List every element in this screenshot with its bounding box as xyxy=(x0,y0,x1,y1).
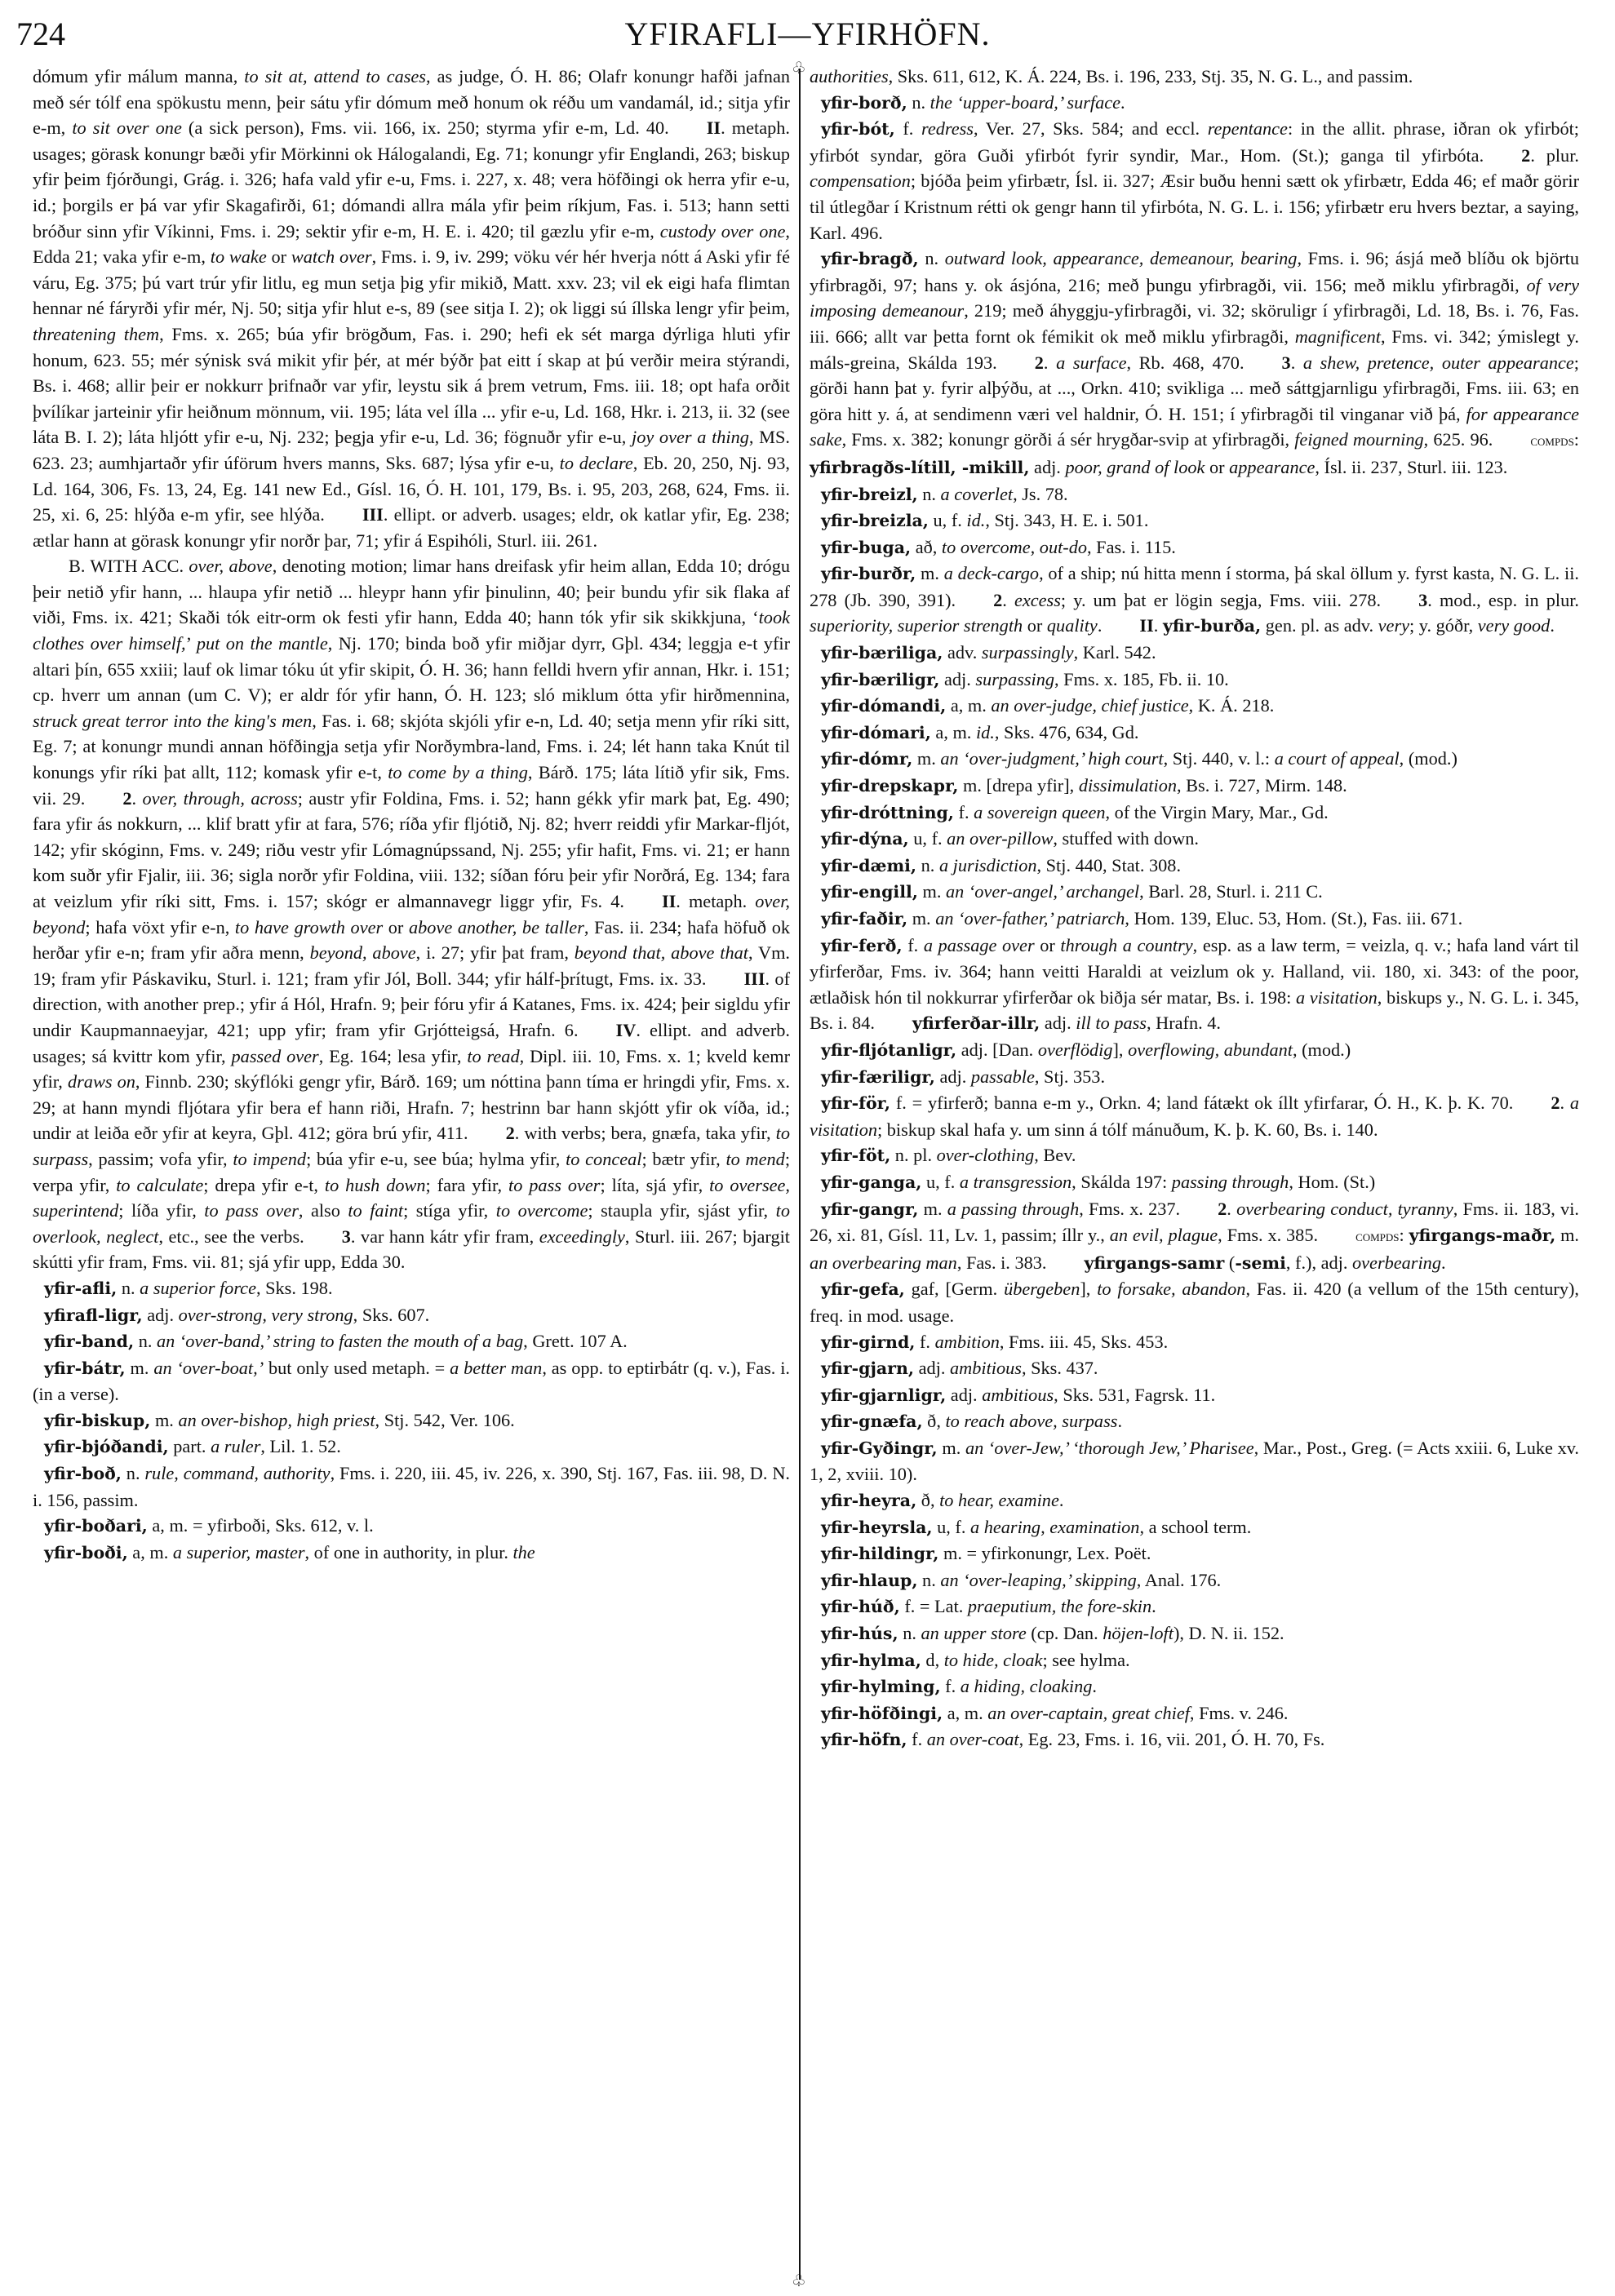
entry-definition: m. [drepa yfir], dissimulation, Bs. i. 7… xyxy=(958,775,1347,796)
entry-headword: yfir-heyra, xyxy=(821,1491,916,1510)
entry-headword: yfir-ganga, xyxy=(821,1172,921,1192)
entry-headword: yfir-bæriligr, xyxy=(821,670,939,689)
dictionary-entry: yfir-gjarnligr, adj. ambitious, Sks. 531… xyxy=(810,1382,1579,1409)
entry-definition: u, f. a hearing, examination, a school t… xyxy=(933,1517,1252,1537)
entry-headword: yfir-dróttning, xyxy=(821,803,954,822)
entry-definition: n. pl. over-clothing, Bev. xyxy=(890,1145,1076,1165)
dictionary-entry: yfir-dróttning, f. a sovereign queen, of… xyxy=(810,800,1579,827)
dictionary-entry: yfir-ferð, f. a passage over or through … xyxy=(810,933,1579,1037)
dictionary-entry: yfir-dómari, a, m. id., Sks. 476, 634, G… xyxy=(810,720,1579,747)
dictionary-entry: yfir-bjóðandi, part. a ruler, Lil. 1. 52… xyxy=(33,1434,790,1460)
entry-definition: f. a sovereign queen, of the Virgin Mary… xyxy=(954,802,1329,822)
dictionary-entry: yfir-burðr, m. a deck-cargo, of a ship; … xyxy=(810,561,1579,640)
entry-headword: yfir-gefa, xyxy=(821,1279,905,1299)
dictionary-entry: yfir-föt, n. pl. over-clothing, Bev. xyxy=(810,1142,1579,1169)
entry-definition: n. outward look, appearance, demeanour, … xyxy=(810,248,1579,477)
left-column: dómum yfir málum manna, to sit at, atten… xyxy=(33,64,790,1566)
entry-headword: yfir-heyrsla, xyxy=(821,1518,933,1537)
entry-headword: yfir-bátr, xyxy=(44,1359,126,1378)
dictionary-entry: yfir-borð, n. the ‘upper-board,’ surface… xyxy=(810,90,1579,117)
entry-definition: f. ambition, Fms. iii. 45, Sks. 453. xyxy=(915,1332,1168,1352)
entry-definition: ð, to reach above, surpass. xyxy=(923,1411,1122,1431)
entry-definition: adj. ambitious, Sks. 437. xyxy=(914,1358,1098,1378)
entry-definition: n. the ‘upper-board,’ surface. xyxy=(907,92,1125,113)
entry-headword: yfir-engill, xyxy=(821,882,918,902)
dictionary-entry: yfir-bót, f. redress, Ver. 27, Sks. 584;… xyxy=(810,116,1579,246)
dictionary-entry: yfir-hylma, d, to hide, cloak; see hylma… xyxy=(810,1647,1579,1674)
entry-headword: yfir-dómandi, xyxy=(821,696,946,716)
entry-definition: m. an ‘over-boat,’ but only used metaph.… xyxy=(33,1358,790,1405)
entry-headword: yfir-hús, xyxy=(821,1624,898,1643)
entry-definition: adj. surpassing, Fms. x. 185, Fb. ii. 10… xyxy=(939,669,1228,689)
entry-definition: m. an ‘over-judgment,’ high court, Stj. … xyxy=(912,748,1457,769)
dictionary-entry: yfir-færiligr, adj. passable, Stj. 353. xyxy=(810,1064,1579,1091)
dictionary-entry: yfir-Gyðingr, m. an ‘over-Jew,’ ‘thoroug… xyxy=(810,1435,1579,1487)
dictionary-entry: yfir-för, f. = yfirferð; banna e-m y., O… xyxy=(810,1090,1579,1142)
entry-headword: yfir-gnæfa, xyxy=(821,1412,923,1431)
entry-headword: yfir-för, xyxy=(821,1093,890,1113)
entry-headword: yfir-húð, xyxy=(821,1597,900,1616)
entry-definition: adj. [Dan. overflödig], overflowing, abu… xyxy=(956,1039,1351,1060)
entry-definition: n. an ‘over-band,’ string to fasten the … xyxy=(134,1331,628,1351)
dictionary-entry: yfir-ganga, u, f. a transgression, Skáld… xyxy=(810,1169,1579,1196)
entry-headword: yfir-gangr, xyxy=(821,1199,918,1219)
entry-definition: m. an over-bishop, high priest, Stj. 542… xyxy=(150,1410,514,1430)
entry-headword: yfir-Gyðingr, xyxy=(821,1438,938,1458)
entry-definition: a, m. an over-judge, chief justice, K. Á… xyxy=(946,695,1274,716)
dictionary-entry: yfir-biskup, m. an over-bishop, high pri… xyxy=(33,1407,790,1434)
entry-definition: m. an ‘over-angel,’ archangel, Barl. 28,… xyxy=(918,881,1323,902)
entry-definition: a, m. an over-captain, great chief, Fms.… xyxy=(943,1703,1288,1723)
entry-definition: adv. surpassingly, Karl. 542. xyxy=(943,642,1156,663)
entry-headword: yfir-breizla, xyxy=(821,511,929,530)
entry-headword: yfir-dýna, xyxy=(821,829,909,849)
entry-definition: u, f. a transgression, Skálda 197: passi… xyxy=(921,1172,1375,1192)
dictionary-entry: yfir-hlaup, n. an ‘over-leaping,’ skippi… xyxy=(810,1567,1579,1594)
entry-headword: yfir-höfðingi, xyxy=(821,1704,943,1723)
entry-headword: yfir-gjarn, xyxy=(821,1359,914,1378)
dictionary-entry: yfir-breizla, u, f. id., Stj. 343, H. E.… xyxy=(810,508,1579,534)
right-column: authorities, Sks. 611, 612, K. Á. 224, B… xyxy=(810,64,1579,1753)
dictionary-entry: yfir-boðari, a, m. = yfirboði, Sks. 612,… xyxy=(33,1513,790,1540)
ornament-bottom-icon: ♧ xyxy=(792,2273,806,2289)
dictionary-entry: yfir-dómandi, a, m. an over-judge, chief… xyxy=(810,693,1579,720)
entry-definition: m. an ‘over-father,’ patriarch, Hom. 139… xyxy=(907,908,1462,929)
entry-headword: yfir-ferð, xyxy=(821,936,903,955)
dictionary-entry: yfir-gnæfa, ð, to reach above, surpass. xyxy=(810,1408,1579,1435)
dictionary-entry: yfir-girnd, f. ambition, Fms. iii. 45, S… xyxy=(810,1329,1579,1356)
entry-definition: f. an over-coat, Eg. 23, Fms. i. 16, vii… xyxy=(907,1729,1325,1749)
ornament-top-icon: ♧ xyxy=(792,60,806,77)
entry-headword: yfir-bót, xyxy=(821,119,895,139)
entry-headword: yfir-burðr, xyxy=(821,564,916,583)
entry-headword: yfir-afli, xyxy=(44,1279,117,1298)
entry-headword: yfirafl-ligr, xyxy=(44,1305,143,1325)
entry-definition: m. = yfirkonungr, Lex. Poët. xyxy=(938,1543,1151,1563)
entry-definition: f. redress, Ver. 27, Sks. 584; and eccl.… xyxy=(810,118,1579,242)
dictionary-entry: yfir-band, n. an ‘over-band,’ string to … xyxy=(33,1328,790,1355)
continued-text: authorities, Sks. 611, 612, K. Á. 224, B… xyxy=(810,64,1579,90)
dictionary-entry: yfir-heyrsla, u, f. a hearing, examinati… xyxy=(810,1514,1579,1541)
entry-headword: yfir-boði, xyxy=(44,1543,128,1562)
dictionary-entry: yfir-bæriliga, adv. surpassingly, Karl. … xyxy=(810,640,1579,667)
dictionary-entry: yfir-höfðingi, a, m. an over-captain, gr… xyxy=(810,1700,1579,1727)
dictionary-entry: yfir-drepskapr, m. [drepa yfir], dissimu… xyxy=(810,773,1579,800)
entry-definition: m. a passing through, Fms. x. 237.2. ove… xyxy=(810,1199,1579,1273)
entry-definition: n. a superior force, Sks. 198. xyxy=(117,1278,332,1298)
entry-definition: gaf, [Germ. übergeben], to forsake, aban… xyxy=(810,1279,1579,1326)
dictionary-entry: yfir-gangr, m. a passing through, Fms. x… xyxy=(810,1196,1579,1277)
dictionary-entry: yfir-heyra, ð, to hear, examine. xyxy=(810,1487,1579,1514)
entry-definition: adj. ambitious, Sks. 531, Fagrsk. 11. xyxy=(946,1385,1215,1405)
dictionary-entry: yfir-hildingr, m. = yfirkonungr, Lex. Po… xyxy=(810,1540,1579,1567)
entry-headword: yfir-boð, xyxy=(44,1464,122,1483)
entry-definition: u, f. an over-pillow, stuffed with down. xyxy=(909,828,1199,849)
entry-definition: n. an upper store (cp. Dan. höjen-loft),… xyxy=(898,1623,1284,1643)
entry-definition: a, m. = yfirboði, Sks. 612, v. l. xyxy=(148,1515,374,1536)
column-rule xyxy=(799,69,801,2280)
entry-headword: yfir-bragð, xyxy=(821,249,919,268)
entry-headword: yfir-boðari, xyxy=(44,1516,148,1536)
entry-definition: a, m. a superior, master, of one in auth… xyxy=(128,1542,535,1562)
entry-definition: n. a coverlet, Js. 78. xyxy=(918,484,1068,504)
entry-headword: yfir-gjarnligr, xyxy=(821,1385,946,1405)
section-paragraph: B. WITH ACC. over, above, denoting motio… xyxy=(33,553,790,1275)
dictionary-entry: yfir-fljótanligr, adj. [Dan. overflödig]… xyxy=(810,1037,1579,1064)
dictionary-entry: yfir-dómr, m. an ‘over-judgment,’ high c… xyxy=(810,746,1579,773)
dictionary-entry: yfir-dæmi, n. a jurisdiction, Stj. 440, … xyxy=(810,853,1579,880)
entry-headword: yfir-biskup, xyxy=(44,1411,150,1430)
entry-definition: part. a ruler, Lil. 1. 52. xyxy=(169,1436,341,1456)
dictionary-entry: yfir-dýna, u, f. an over-pillow, stuffed… xyxy=(810,826,1579,853)
entry-headword: yfir-buga, xyxy=(821,538,911,557)
dictionary-entry: yfir-engill, m. an ‘over-angel,’ archang… xyxy=(810,879,1579,906)
entry-headword: yfir-girnd, xyxy=(821,1332,915,1352)
entry-definition: a, m. id., Sks. 476, 634, Gd. xyxy=(931,722,1139,742)
dictionary-entry: yfir-afli, n. a superior force, Sks. 198… xyxy=(33,1275,790,1302)
entry-definition: ð, to hear, examine. xyxy=(916,1490,1063,1510)
entry-definition: d, to hide, cloak; see hylma. xyxy=(921,1650,1130,1670)
entry-definition: f. = yfirferð; banna e-m y., Orkn. 4; la… xyxy=(810,1093,1579,1140)
dictionary-entry: yfir-bátr, m. an ‘over-boat,’ but only u… xyxy=(33,1355,790,1407)
continued-text: dómum yfir málum manna, to sit at, atten… xyxy=(33,64,790,553)
running-head: YFIRAFLI—YFIRHÖFN. xyxy=(0,15,1615,53)
entry-definition: n. a jurisdiction, Stj. 440, Stat. 308. xyxy=(916,855,1181,875)
dictionary-entry: yfir-hylming, f. a hiding, cloaking. xyxy=(810,1673,1579,1700)
entry-definition: m. a deck-cargo, of a ship; nú hitta men… xyxy=(810,563,1579,636)
entry-headword: yfir-bjóðandi, xyxy=(44,1437,169,1456)
entry-headword: yfir-borð, xyxy=(821,93,907,113)
dictionary-entry: yfir-bragð, n. outward look, appearance,… xyxy=(810,246,1579,481)
dictionary-entry: yfir-boð, n. rule, command, authority, F… xyxy=(33,1460,790,1513)
entry-definition: adj. over-strong, very strong, Sks. 607. xyxy=(143,1305,430,1325)
entry-definition: adj. passable, Stj. 353. xyxy=(935,1066,1105,1087)
entry-headword: yfir-hylma, xyxy=(821,1651,921,1670)
entry-headword: yfir-fljótanligr, xyxy=(821,1040,956,1060)
entry-definition: f. a passage over or through a country, … xyxy=(810,935,1579,1034)
dictionary-entry: yfir-húð, f. = Lat. praeputium, the fore… xyxy=(810,1593,1579,1620)
entry-definition: að, to overcome, out-do, Fas. i. 115. xyxy=(911,537,1176,557)
entry-headword: yfir-breizl, xyxy=(821,485,918,504)
entry-headword: yfir-höfn, xyxy=(821,1730,907,1749)
dictionary-entry: yfir-bæriligr, adj. surpassing, Fms. x. … xyxy=(810,667,1579,694)
entry-headword: yfir-hylming, xyxy=(821,1677,941,1696)
entry-headword: yfir-faðir, xyxy=(821,909,907,929)
entry-headword: yfir-dómr, xyxy=(821,749,912,769)
dictionary-entry: yfir-breizl, n. a coverlet, Js. 78. xyxy=(810,481,1579,508)
dictionary-entry: yfir-gjarn, adj. ambitious, Sks. 437. xyxy=(810,1355,1579,1382)
entry-headword: yfir-dæmi, xyxy=(821,856,916,875)
entry-headword: yfir-band, xyxy=(44,1332,134,1351)
entry-headword: yfir-bæriliga, xyxy=(821,643,943,663)
entry-headword: yfir-dómari, xyxy=(821,723,931,742)
entry-headword: yfir-hlaup, xyxy=(821,1571,917,1590)
entry-definition: u, f. id., Stj. 343, H. E. i. 501. xyxy=(929,510,1148,530)
dictionary-entry: yfir-hús, n. an upper store (cp. Dan. hö… xyxy=(810,1620,1579,1647)
dictionary-entry: yfir-buga, að, to overcome, out-do, Fas.… xyxy=(810,534,1579,561)
entry-definition: f. a hiding, cloaking. xyxy=(941,1676,1097,1696)
entry-headword: yfir-föt, xyxy=(821,1146,890,1165)
entry-definition: n. rule, command, authority, Fms. i. 220… xyxy=(33,1463,790,1510)
dictionary-entry: yfirafl-ligr, adj. over-strong, very str… xyxy=(33,1302,790,1329)
entry-definition: n. an ‘over-leaping,’ skipping, Anal. 17… xyxy=(917,1570,1221,1590)
dictionary-entry: yfir-gefa, gaf, [Germ. übergeben], to fo… xyxy=(810,1276,1579,1328)
dictionary-entry: yfir-faðir, m. an ‘over-father,’ patriar… xyxy=(810,906,1579,933)
dictionary-entry: yfir-höfn, f. an over-coat, Eg. 23, Fms.… xyxy=(810,1726,1579,1753)
entry-definition: f. = Lat. praeputium, the fore-skin. xyxy=(900,1596,1156,1616)
dictionary-entry: yfir-boði, a, m. a superior, master, of … xyxy=(33,1540,790,1567)
entry-headword: yfir-hildingr, xyxy=(821,1544,938,1563)
entry-headword: yfir-drepskapr, xyxy=(821,776,958,796)
entry-headword: yfir-færiligr, xyxy=(821,1067,935,1087)
